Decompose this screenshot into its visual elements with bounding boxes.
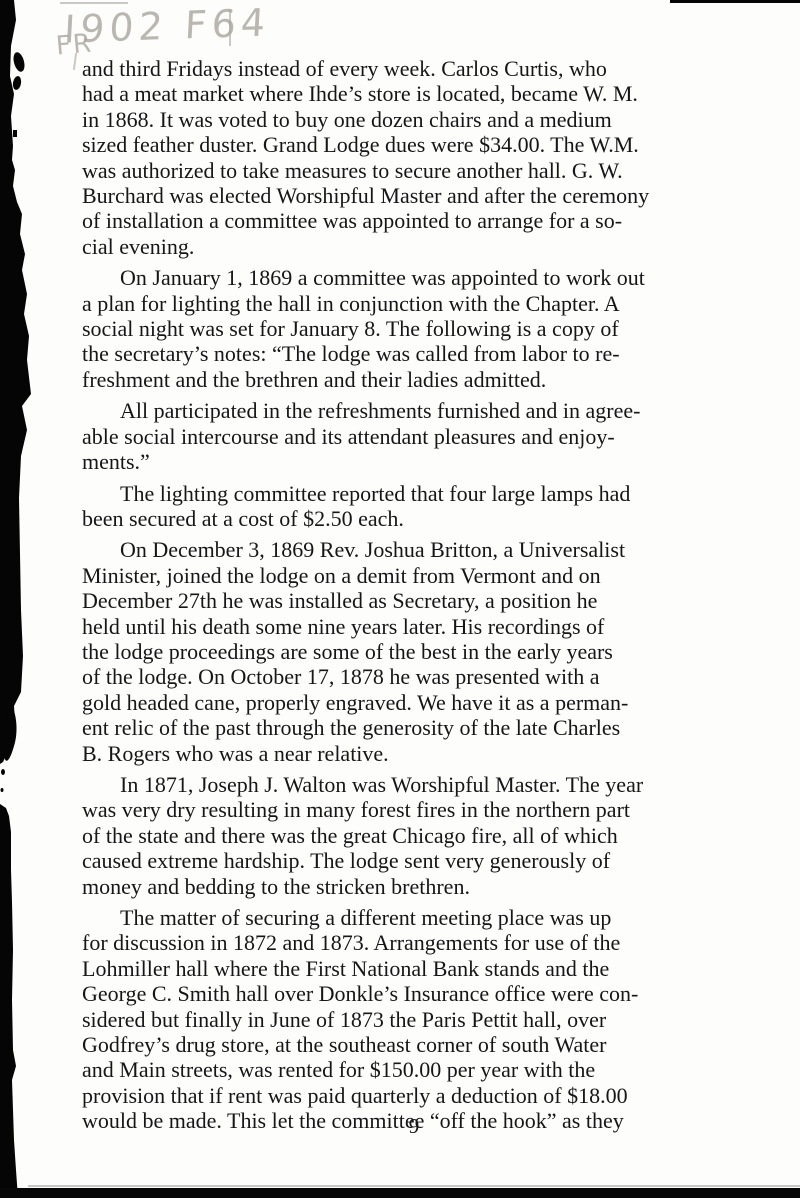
text-line: Lohmiller hall where the First National … xyxy=(82,956,782,981)
text-line: George C. Smith hall over Donkle’s Insur… xyxy=(82,981,782,1006)
text-line: sized feather duster. Grand Lodge dues w… xyxy=(82,132,782,157)
top-scan-line xyxy=(670,0,800,3)
text-line: the secretary’s notes: “The lodge was ca… xyxy=(82,341,782,366)
bottom-scan-bar xyxy=(0,1188,800,1198)
text-line: caused extreme hardship. The lodge sent … xyxy=(82,848,782,873)
paragraph: and third Fridays instead of every week.… xyxy=(82,56,782,259)
text-line: On December 3, 1869 Rev. Joshua Britton,… xyxy=(82,537,782,562)
text-line: been secured at a cost of $2.50 each. xyxy=(82,506,782,531)
text-line: of installation a committee was appointe… xyxy=(82,208,782,233)
text-line: was very dry resulting in many forest fi… xyxy=(82,797,782,822)
handwritten-call-number: I902 F64 xyxy=(63,0,271,51)
text-column: and third Fridays instead of every week.… xyxy=(82,56,782,1140)
text-line: in 1868. It was voted to buy one dozen c… xyxy=(82,107,782,132)
text-line: social night was set for January 8. The … xyxy=(82,316,782,341)
text-line: of the state and there was the great Chi… xyxy=(82,823,782,848)
text-line: Burchard was elected Worshipful Master a… xyxy=(82,183,782,208)
text-line: freshment and the brethren and their lad… xyxy=(82,367,782,392)
text-line: ments.” xyxy=(82,449,782,474)
paragraph: On January 1, 1869 a committee was appoi… xyxy=(82,265,782,392)
text-line: On January 1, 1869 a committee was appoi… xyxy=(82,265,782,290)
text-line: The lighting committee reported that fou… xyxy=(82,481,782,506)
text-line: All participated in the refreshments fur… xyxy=(82,398,782,423)
text-line: Minister, joined the lodge on a demit fr… xyxy=(82,563,782,588)
paragraph: In 1871, Joseph J. Walton was Worshipful… xyxy=(82,772,782,899)
text-line: a plan for lighting the hall in conjunct… xyxy=(82,291,782,316)
left-scan-edge xyxy=(0,0,40,1198)
text-line: for discussion in 1872 and 1873. Arrange… xyxy=(82,930,782,955)
bottom-scan-shadow xyxy=(28,1185,800,1187)
text-line: held until his death some nine years lat… xyxy=(82,614,782,639)
page-number: 9 xyxy=(82,1114,746,1139)
pencil-mark xyxy=(60,2,128,4)
text-line: had a meat market where Ihde’s store is … xyxy=(82,81,782,106)
text-line: was authorized to take measures to secur… xyxy=(82,158,782,183)
text-line: ent relic of the past through the genero… xyxy=(82,715,782,740)
text-line: In 1871, Joseph J. Walton was Worshipful… xyxy=(82,772,782,797)
text-line: able social intercourse and its attendan… xyxy=(82,424,782,449)
text-line: money and bedding to the stricken brethr… xyxy=(82,874,782,899)
text-line: December 27th he was installed as Secret… xyxy=(82,588,782,613)
paragraph: All participated in the refreshments fur… xyxy=(82,398,782,474)
paragraph: On December 3, 1869 Rev. Joshua Britton,… xyxy=(82,537,782,766)
text-line: gold headed cane, properly engraved. We … xyxy=(82,690,782,715)
text-line: Godfrey’s drug store, at the southeast c… xyxy=(82,1032,782,1057)
text-line: of the lodge. On October 17, 1878 he was… xyxy=(82,664,782,689)
text-line: cial evening. xyxy=(82,234,782,259)
text-line: and third Fridays instead of every week.… xyxy=(82,56,782,81)
text-line: The matter of securing a different meeti… xyxy=(82,905,782,930)
text-line: B. Rogers who was a near relative. xyxy=(82,741,782,766)
text-line: and Main streets, was rented for $150.00… xyxy=(82,1057,782,1082)
paragraph: The lighting committee reported that fou… xyxy=(82,481,782,532)
text-line: the lodge proceedings are some of the be… xyxy=(82,639,782,664)
text-line: sidered but finally in June of 1873 the … xyxy=(82,1007,782,1032)
text-line: provision that if rent was paid quarterl… xyxy=(82,1083,782,1108)
paragraph: The matter of securing a different meeti… xyxy=(82,905,782,1134)
